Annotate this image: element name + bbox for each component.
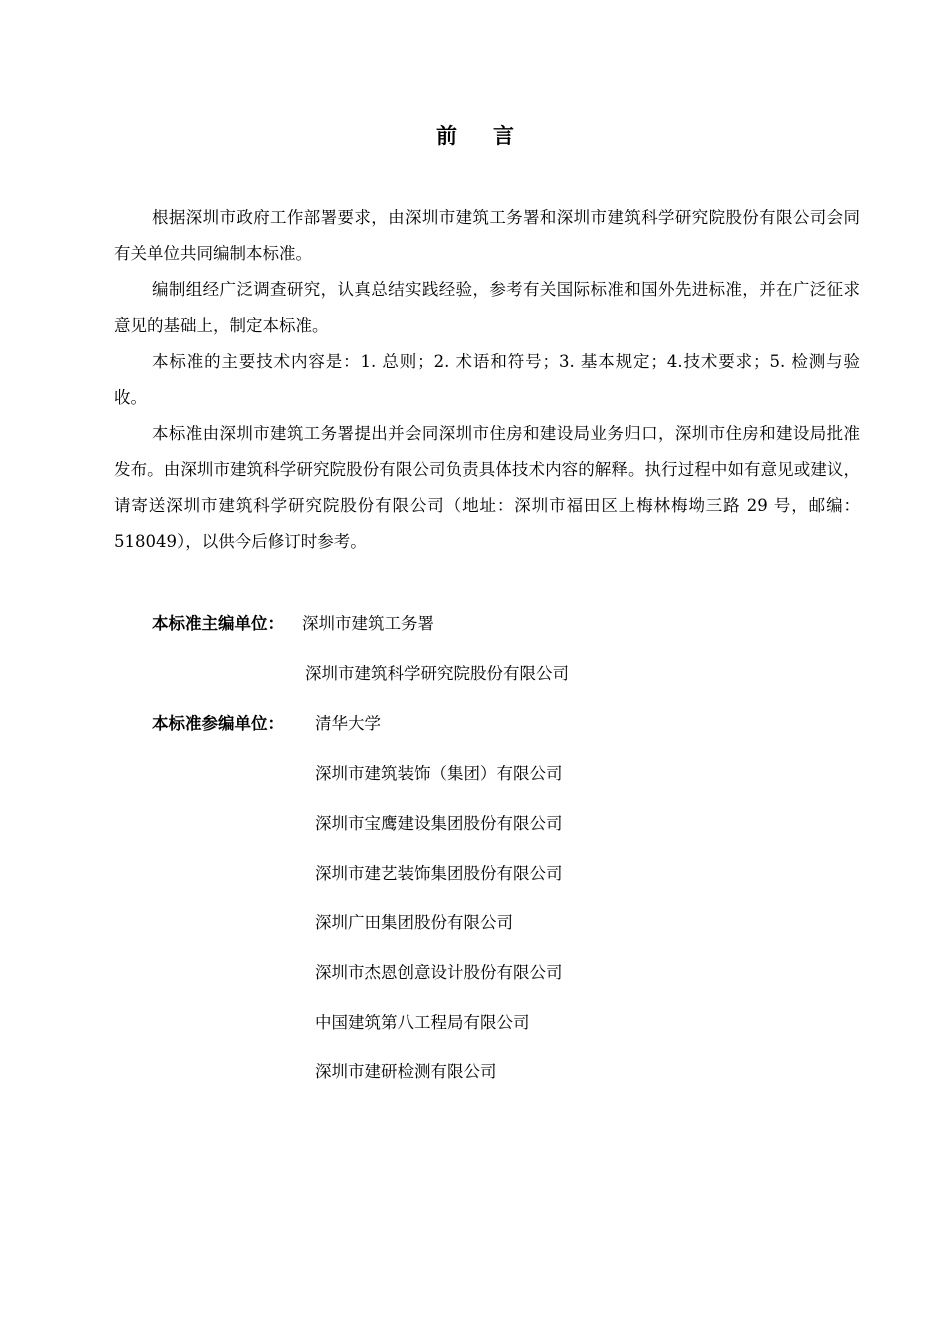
participating-unit: 深圳广田集团股份有限公司 — [315, 909, 513, 933]
title-char-2: 言 — [493, 120, 514, 150]
page-title: 前言 — [0, 120, 950, 150]
chief-editors-label: 本标准主编单位： — [152, 610, 284, 634]
participating-unit: 清华大学 — [315, 710, 381, 734]
chief-editor-unit: 深圳市建筑工务署 — [302, 610, 434, 634]
participating-unit: 深圳市建艺装饰集团股份有限公司 — [315, 860, 563, 884]
chief-editor-unit: 深圳市建筑科学研究院股份有限公司 — [305, 660, 569, 684]
participating-unit: 深圳市建筑装饰（集团）有限公司 — [315, 760, 563, 784]
title-char-1: 前 — [436, 120, 457, 150]
participating-unit: 深圳市宝鹰建设集团股份有限公司 — [315, 810, 563, 834]
paragraph-3: 本标准的主要技术内容是：1. 总则；2. 术语和符号；3. 基本规定；4.技术要… — [114, 344, 860, 416]
paragraph-2: 编制组经广泛调查研究，认真总结实践经验，参考有关国际标准和国外先进标准，并在广泛… — [114, 272, 860, 344]
participating-unit: 中国建筑第八工程局有限公司 — [315, 1009, 530, 1033]
paragraph-4: 本标准由深圳市建筑工务署提出并会同深圳市住房和建设局业务归口，深圳市住房和建设局… — [114, 416, 860, 560]
paragraph-1: 根据深圳市政府工作部署要求，由深圳市建筑工务署和深圳市建筑科学研究院股份有限公司… — [114, 200, 860, 272]
participating-unit: 深圳市杰恩创意设计股份有限公司 — [315, 959, 563, 983]
participating-editors-label: 本标准参编单位： — [152, 710, 284, 734]
participating-unit: 深圳市建研检测有限公司 — [315, 1058, 497, 1082]
